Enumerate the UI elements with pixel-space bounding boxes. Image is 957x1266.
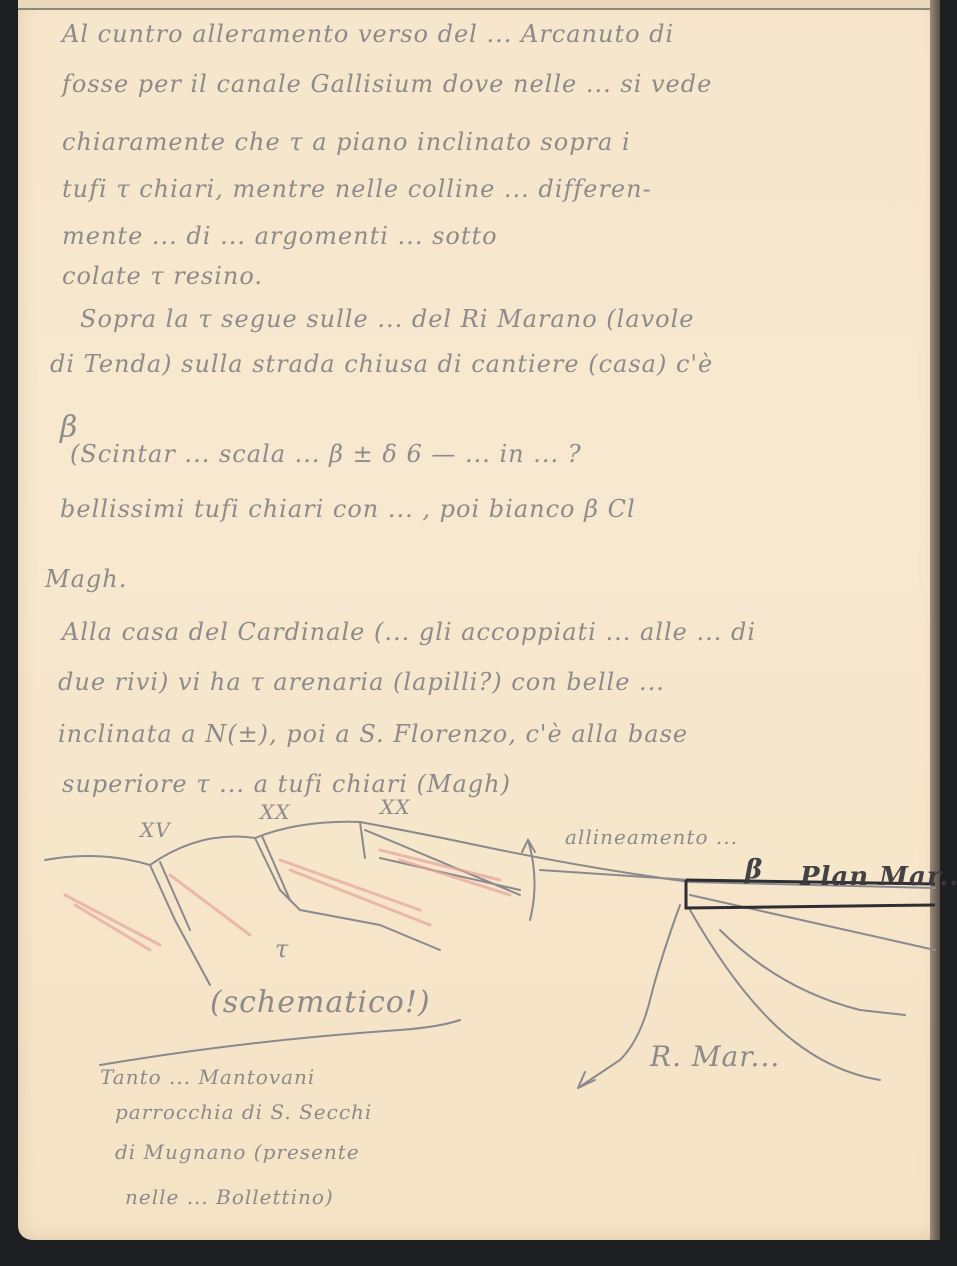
footnote-line-3: di Mugnano (presente bbox=[115, 1140, 360, 1164]
arrow-note: allineamento ... bbox=[565, 825, 738, 849]
peak-label-1: XV bbox=[140, 818, 171, 842]
river-label: R. Mar... bbox=[650, 1040, 780, 1073]
footnote-line-2: parrocchia di S. Secchi bbox=[115, 1100, 372, 1124]
footnote-line-4: nelle ... Bollettino) bbox=[125, 1185, 334, 1209]
tau-label: τ bbox=[275, 935, 289, 963]
footnote-line-1: Tanto ... Mantovani bbox=[100, 1065, 315, 1089]
beta-label: β bbox=[745, 855, 763, 885]
schematic-caption: (schematico!) bbox=[210, 985, 431, 1020]
peak-label-2: XX bbox=[260, 800, 290, 824]
plan-label: Plan Mar... bbox=[800, 862, 957, 892]
peak-label-3: XX bbox=[380, 795, 410, 819]
